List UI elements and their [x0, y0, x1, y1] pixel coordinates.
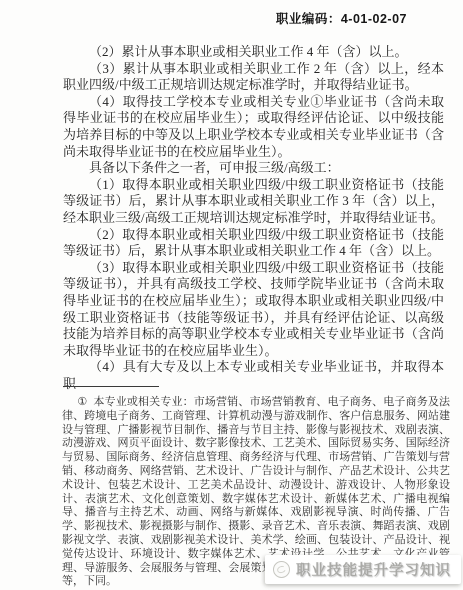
scanned-document-page: 职业编码：4-01-02-07 （2）累计从事本职业或相关职业工作 4 年（含）… — [0, 0, 463, 590]
paragraph-condition-4-2: （2）累计从事本职业或相关职业工作 4 年（含）以上。 — [63, 44, 444, 61]
document-body: （2）累计从事本职业或相关职业工作 4 年（含）以上。 （3）累计从事本职业或相… — [63, 44, 444, 392]
paragraph-condition-3-3: （3）取得本职业或相关职业四级/中级工职业资格证书（技能等级证书），并具有高级技… — [63, 260, 444, 360]
watermark-logo-icon — [273, 561, 290, 578]
paragraph-condition-3-1: （1）取得本职业或相关职业四级/中级工职业资格证书（技能等级证书）后，累计从事本… — [63, 177, 444, 227]
watermark-text: 职业技能提升学习知识 — [296, 559, 451, 580]
footnote-marker: ① — [77, 396, 87, 408]
paragraph-condition-3-4: （4）具有大专及以上本专业或相关专业毕业证书，并取得本职 — [63, 359, 444, 392]
watermark-band: 职业技能提升学习知识 — [265, 555, 461, 584]
paragraph-condition-3-2: （2）取得本职业或相关职业四级/中级工职业资格证书（技能等级证书）后，累计从事本… — [63, 227, 444, 260]
paragraph-level3-intro: 具备以下条件之一者，可申报三级/高级工： — [63, 160, 444, 177]
paragraph-condition-4-3: （3）累计从事本职业或相关职业工作 2 年（含）以上，经本职业四级/中级工正规培… — [63, 61, 444, 94]
occupation-code-header: 职业编码：4-01-02-07 — [0, 9, 407, 27]
footnote-separator-rule — [63, 386, 159, 387]
paragraph-condition-4-4: （4）取得技工学校本专业或相关专业①毕业证书（含尚未取得毕业证书的在校应届毕业生… — [63, 94, 444, 160]
